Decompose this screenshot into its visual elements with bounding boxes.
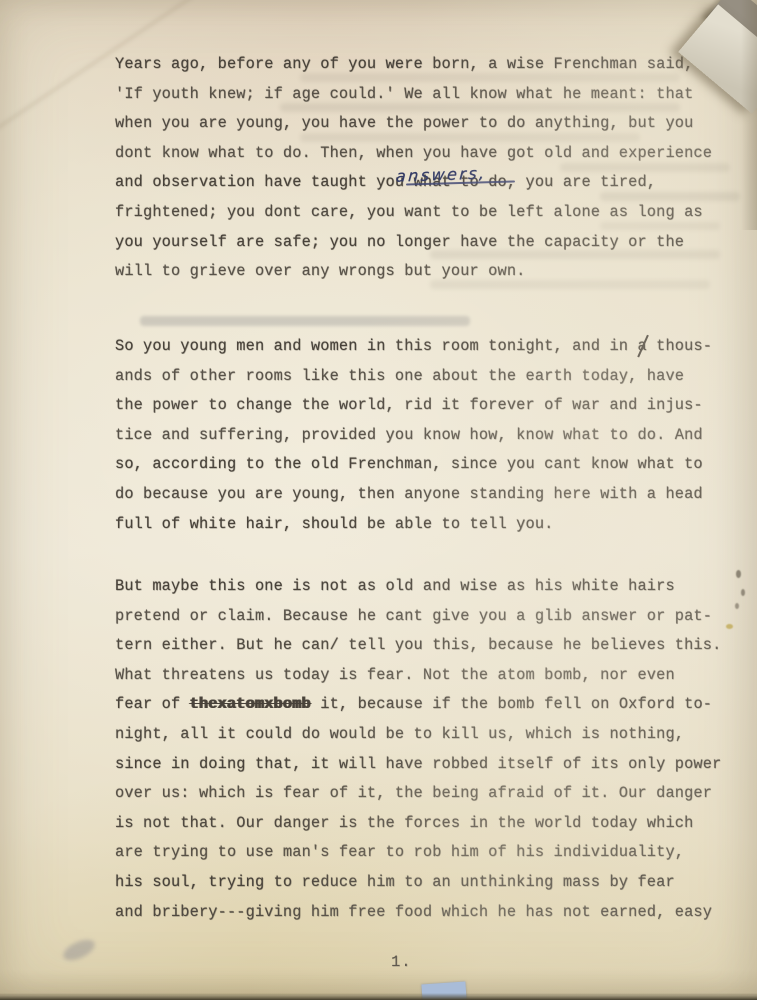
typed-text-line: frightened; you dont care, you want to b… <box>115 198 735 228</box>
typed-text: , you are tired, <box>507 173 656 191</box>
typed-text: and observation have taught you <box>115 173 414 191</box>
typed-text-line: so, according to the old Frenchman, sinc… <box>115 450 735 480</box>
typed-text: So you young men and women in this room … <box>115 337 637 355</box>
typed-text-line: over us: which is fear of it, the being … <box>115 779 735 809</box>
typed-text: are trying to use man's fear to rob him … <box>115 843 684 861</box>
typed-text: What threatens us today is fear. Not the… <box>115 666 675 684</box>
typed-text: pretend or claim. Because he cant give y… <box>115 607 712 625</box>
stain-speck <box>726 624 733 629</box>
typed-text: dont know what to do. Then, when you hav… <box>115 144 712 162</box>
scan-backdrop-edge <box>0 993 757 1000</box>
typed-text-line: fear of thexatomxbomb it, because if the… <box>115 690 735 720</box>
typed-text: ands of other rooms like this one about … <box>115 367 684 385</box>
typed-text-line: 'If youth knew; if age could.' We all kn… <box>115 80 735 110</box>
typed-text-strike-typed: thexatomxbomb <box>190 695 311 713</box>
typed-text-line: the power to change the world, rid it fo… <box>115 391 735 421</box>
page-number: 1. <box>391 953 412 971</box>
typed-text-line: ands of other rooms like this one about … <box>115 362 735 392</box>
scanned-typescript-page: Years ago, before any of you were born, … <box>0 0 757 1000</box>
typed-text-line: will to grieve over any wrongs but your … <box>115 257 735 287</box>
typed-text: full of white hair, should be able to te… <box>115 515 554 533</box>
typed-text: and bribery---giving him free food which… <box>115 903 712 921</box>
paragraph: So you young men and women in this room … <box>115 332 735 539</box>
typed-text: you yourself are safe; you no longer hav… <box>115 233 684 251</box>
typed-text: will to grieve over any wrongs but your … <box>115 262 526 280</box>
typed-text: night, all it could do would be to kill … <box>115 725 684 743</box>
paragraph: But maybe this one is not as old and wis… <box>115 572 735 927</box>
typed-text: when you are young, you have the power t… <box>115 114 693 132</box>
typed-text-line: full of white hair, should be able to te… <box>115 510 735 540</box>
typed-text: thous- <box>647 337 712 355</box>
typed-text: so, according to the old Frenchman, sinc… <box>115 455 703 473</box>
typed-text: tice and suffering, provided you know ho… <box>115 426 703 444</box>
typed-text-line: pretend or claim. Because he cant give y… <box>115 602 735 632</box>
typed-text: fear of <box>115 695 190 713</box>
typed-text: the power to change the world, rid it fo… <box>115 396 703 414</box>
typed-text-line: his soul, trying to reduce him to an unt… <box>115 868 735 898</box>
typed-text-line: and bribery---giving him free food which… <box>115 898 735 928</box>
typed-text-line: are trying to use man's fear to rob him … <box>115 838 735 868</box>
typed-text: Years ago, before any of you were born, … <box>115 55 693 73</box>
typed-text-line: since in doing that, it will have robbed… <box>115 750 735 780</box>
typed-text-line: is not that. Our danger is the forces in… <box>115 809 735 839</box>
typed-text-line: you yourself are safe; you no longer hav… <box>115 228 735 258</box>
typed-text: tern either. But he can/ tell you this, … <box>115 636 721 654</box>
typed-text: frightened; you dont care, you want to b… <box>115 203 703 221</box>
typed-text-line: What threatens us today is fear. Not the… <box>115 661 735 691</box>
typed-text: his soul, trying to reduce him to an unt… <box>115 873 675 891</box>
typed-text-line: tice and suffering, provided you know ho… <box>115 421 735 451</box>
typed-text-line: tern either. But he can/ tell you this, … <box>115 631 735 661</box>
typed-text-line: when you are young, you have the power t… <box>115 109 735 139</box>
typed-text-line: dont know what to do. Then, when you hav… <box>115 139 735 169</box>
typed-text: But maybe this one is not as old and wis… <box>115 577 675 595</box>
typed-text-slashed: a <box>637 337 646 355</box>
typed-text-line: So you young men and women in this room … <box>115 332 735 362</box>
typed-text: over us: which is fear of it, the being … <box>115 784 712 802</box>
typed-text: 'If youth knew; if age could.' We all kn… <box>115 85 693 103</box>
typed-text: do because you are young, then anyone st… <box>115 485 703 503</box>
stain-speck <box>736 570 741 578</box>
typed-text-line: do because you are young, then anyone st… <box>115 480 735 510</box>
typed-text: is not that. Our danger is the forces in… <box>115 814 693 832</box>
typed-text-line: Years ago, before any of you were born, … <box>115 50 735 80</box>
typed-text: it, because if the bomb fell on Oxford t… <box>311 695 712 713</box>
typed-text: since in doing that, it will have robbed… <box>115 755 721 773</box>
typed-text-line: night, all it could do would be to kill … <box>115 720 735 750</box>
stain-speck <box>735 603 739 609</box>
typed-text-line: But maybe this one is not as old and wis… <box>115 572 735 602</box>
stain-speck <box>741 589 745 596</box>
handwritten-annotation: answers, <box>395 163 487 185</box>
